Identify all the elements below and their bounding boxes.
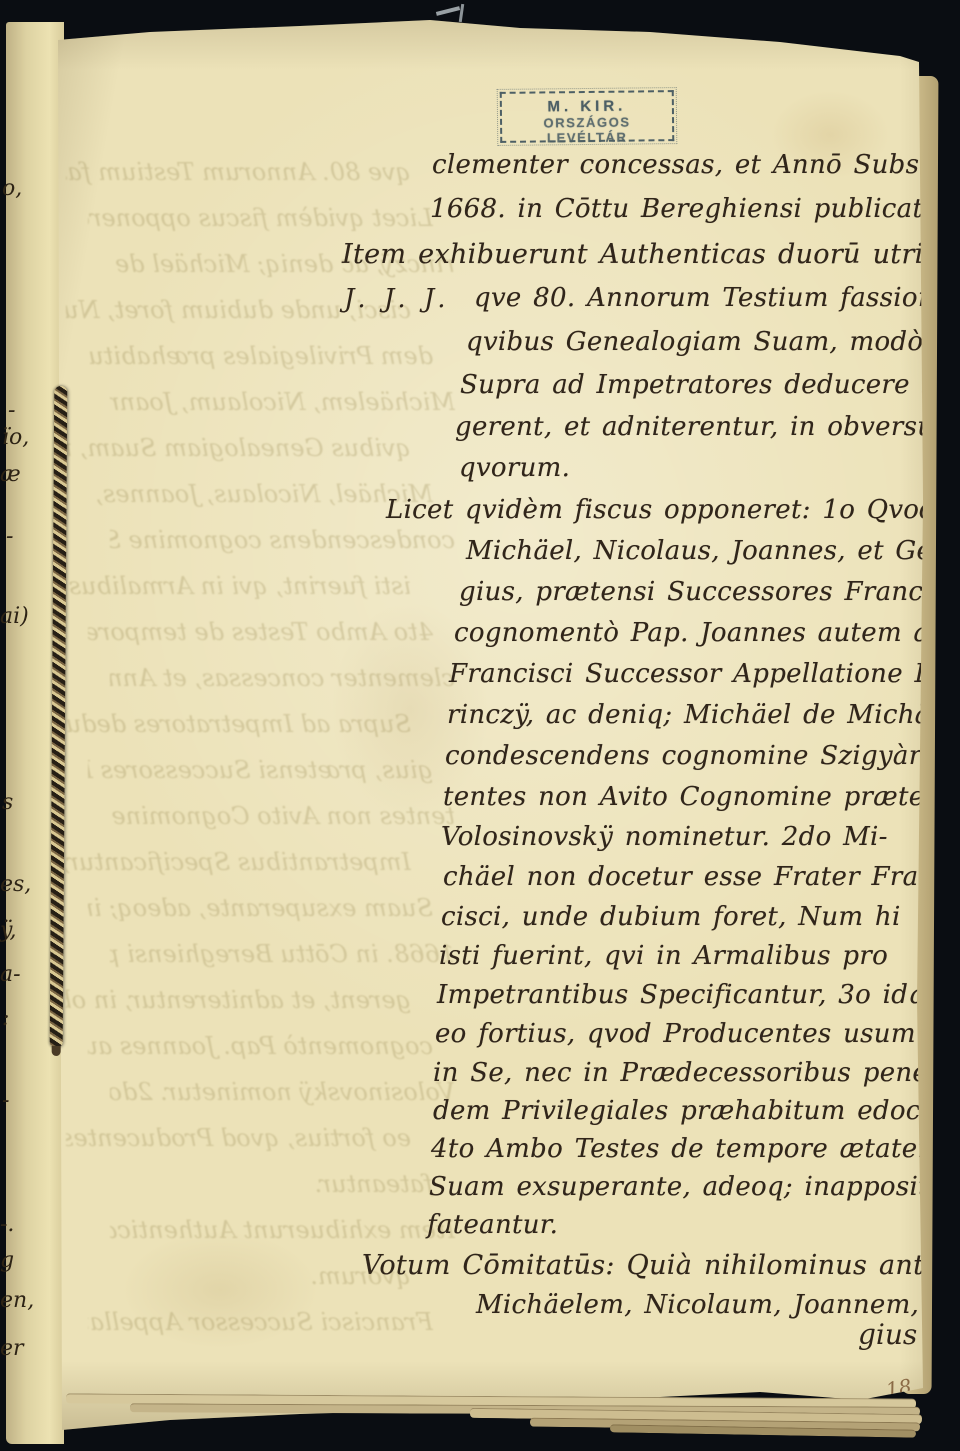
manuscript-line: isti fuerint, qvi in Armalibus pro bbox=[439, 941, 888, 971]
manuscript-line: Item exhibuerunt Authenticas duorū utriu… bbox=[342, 239, 955, 270]
left-edge-fragment: : bbox=[2, 1006, 9, 1031]
manuscript-line: in Se, nec in Prædecessoribus penes Eas- bbox=[433, 1058, 960, 1088]
left-edge-fragment: ÿ, bbox=[0, 918, 17, 943]
manuscript-line: Francisci Successor Appellatione Lö- bbox=[449, 659, 957, 689]
manuscript-line: Suam exsuperante, adeoq; inappositè bbox=[429, 1172, 945, 1202]
left-edge-fragment: -. bbox=[0, 1212, 14, 1237]
manuscript-line: Licet qvidèm fiscus opponeret: 1o Qvod bbox=[386, 495, 936, 525]
photo-backdrop: qve 80. Annorum Testium fassiones,Licet … bbox=[0, 0, 960, 1451]
manuscript-line: qve 80. Annorum Testium fassiones, bbox=[474, 283, 960, 313]
left-edge-fragment: æ bbox=[0, 462, 21, 487]
manuscript-page: qve 80. Annorum Testium fassiones,Licet … bbox=[0, 0, 960, 1451]
left-edge-fragment: - bbox=[8, 398, 15, 423]
manuscript-line: qvorum. bbox=[459, 453, 570, 483]
manuscript-line: eo fortius, qvod Producentes usum nec bbox=[435, 1019, 960, 1049]
left-edge-fragment: - bbox=[6, 524, 13, 549]
manuscript-line: Michäelem, Nicolaum, Joannem, et Geor- bbox=[476, 1290, 960, 1320]
manuscript-line: qvibus Genealogiam Suam, modò qvò bbox=[466, 327, 960, 357]
manuscript-line: condescendens cognomine Szigyàrtò u- bbox=[445, 741, 960, 771]
manuscript-line: 4to Ambo Testes de tempore ætatem bbox=[431, 1134, 942, 1164]
manuscript-line: cisci, unde dubium foret, Num hi bbox=[441, 902, 901, 932]
left-edge-fragment: es, bbox=[0, 872, 31, 897]
manuscript-line: dem Privilegiales præhabitum edoceant bbox=[433, 1096, 960, 1126]
left-edge-fragment: s bbox=[2, 790, 13, 815]
left-edge-fragment: ai) bbox=[0, 604, 29, 629]
manuscript-line: tentes non Avito Cognomine prætenso bbox=[443, 782, 960, 812]
manuscript-line: fateantur. bbox=[427, 1210, 558, 1240]
manuscript-line: cognomentò Pap. Joannes autem æq; bbox=[454, 618, 960, 648]
manuscript-line: gius, prætensi Successores Francisci bbox=[459, 577, 960, 607]
manuscript-line: 1668. in Cōttu Bereghiensi publicatas bbox=[430, 194, 953, 224]
left-edge-fragment: - bbox=[2, 1088, 9, 1113]
left-edge-fragment: er bbox=[0, 1336, 24, 1361]
manuscript-line: chäel non docetur esse Frater Fran- bbox=[443, 862, 945, 892]
left-edge-fragment: en, bbox=[0, 1288, 34, 1313]
manuscript-line: Michäel, Nicolaus, Joannes, et Geor- bbox=[466, 536, 960, 566]
margin-note: J. J. J. bbox=[344, 284, 451, 314]
manuscript-line: gerent, et adniterentur, in obversum bbox=[455, 412, 959, 442]
manuscript-line: Impetrantibus Specificantur, 3o idq; bbox=[437, 980, 934, 1010]
manuscript-line: Volosinovskÿ nominetur. 2do Mi- bbox=[441, 822, 888, 852]
manuscript-line: clementer concessas, et Annō Subseqvō bbox=[432, 150, 960, 180]
left-edge-fragment: ïo, bbox=[2, 425, 29, 450]
left-edge-fragment: g bbox=[0, 1248, 14, 1273]
left-edge-fragment: a- bbox=[0, 962, 21, 987]
manuscript-line: rinczÿ, ac deniq; Michäel de Michäele bbox=[447, 700, 960, 730]
manuscript-text-block: clementer concessas, et Annō Subseqvō166… bbox=[0, 0, 960, 1451]
catchword: gius bbox=[858, 1318, 917, 1351]
manuscript-line: Votum Cōmitatūs: Quià nihilominus antela… bbox=[362, 1250, 960, 1281]
left-edge-fragment: o, bbox=[2, 176, 22, 201]
manuscript-line: Supra ad Impetratores deducere Sata- bbox=[460, 370, 960, 400]
